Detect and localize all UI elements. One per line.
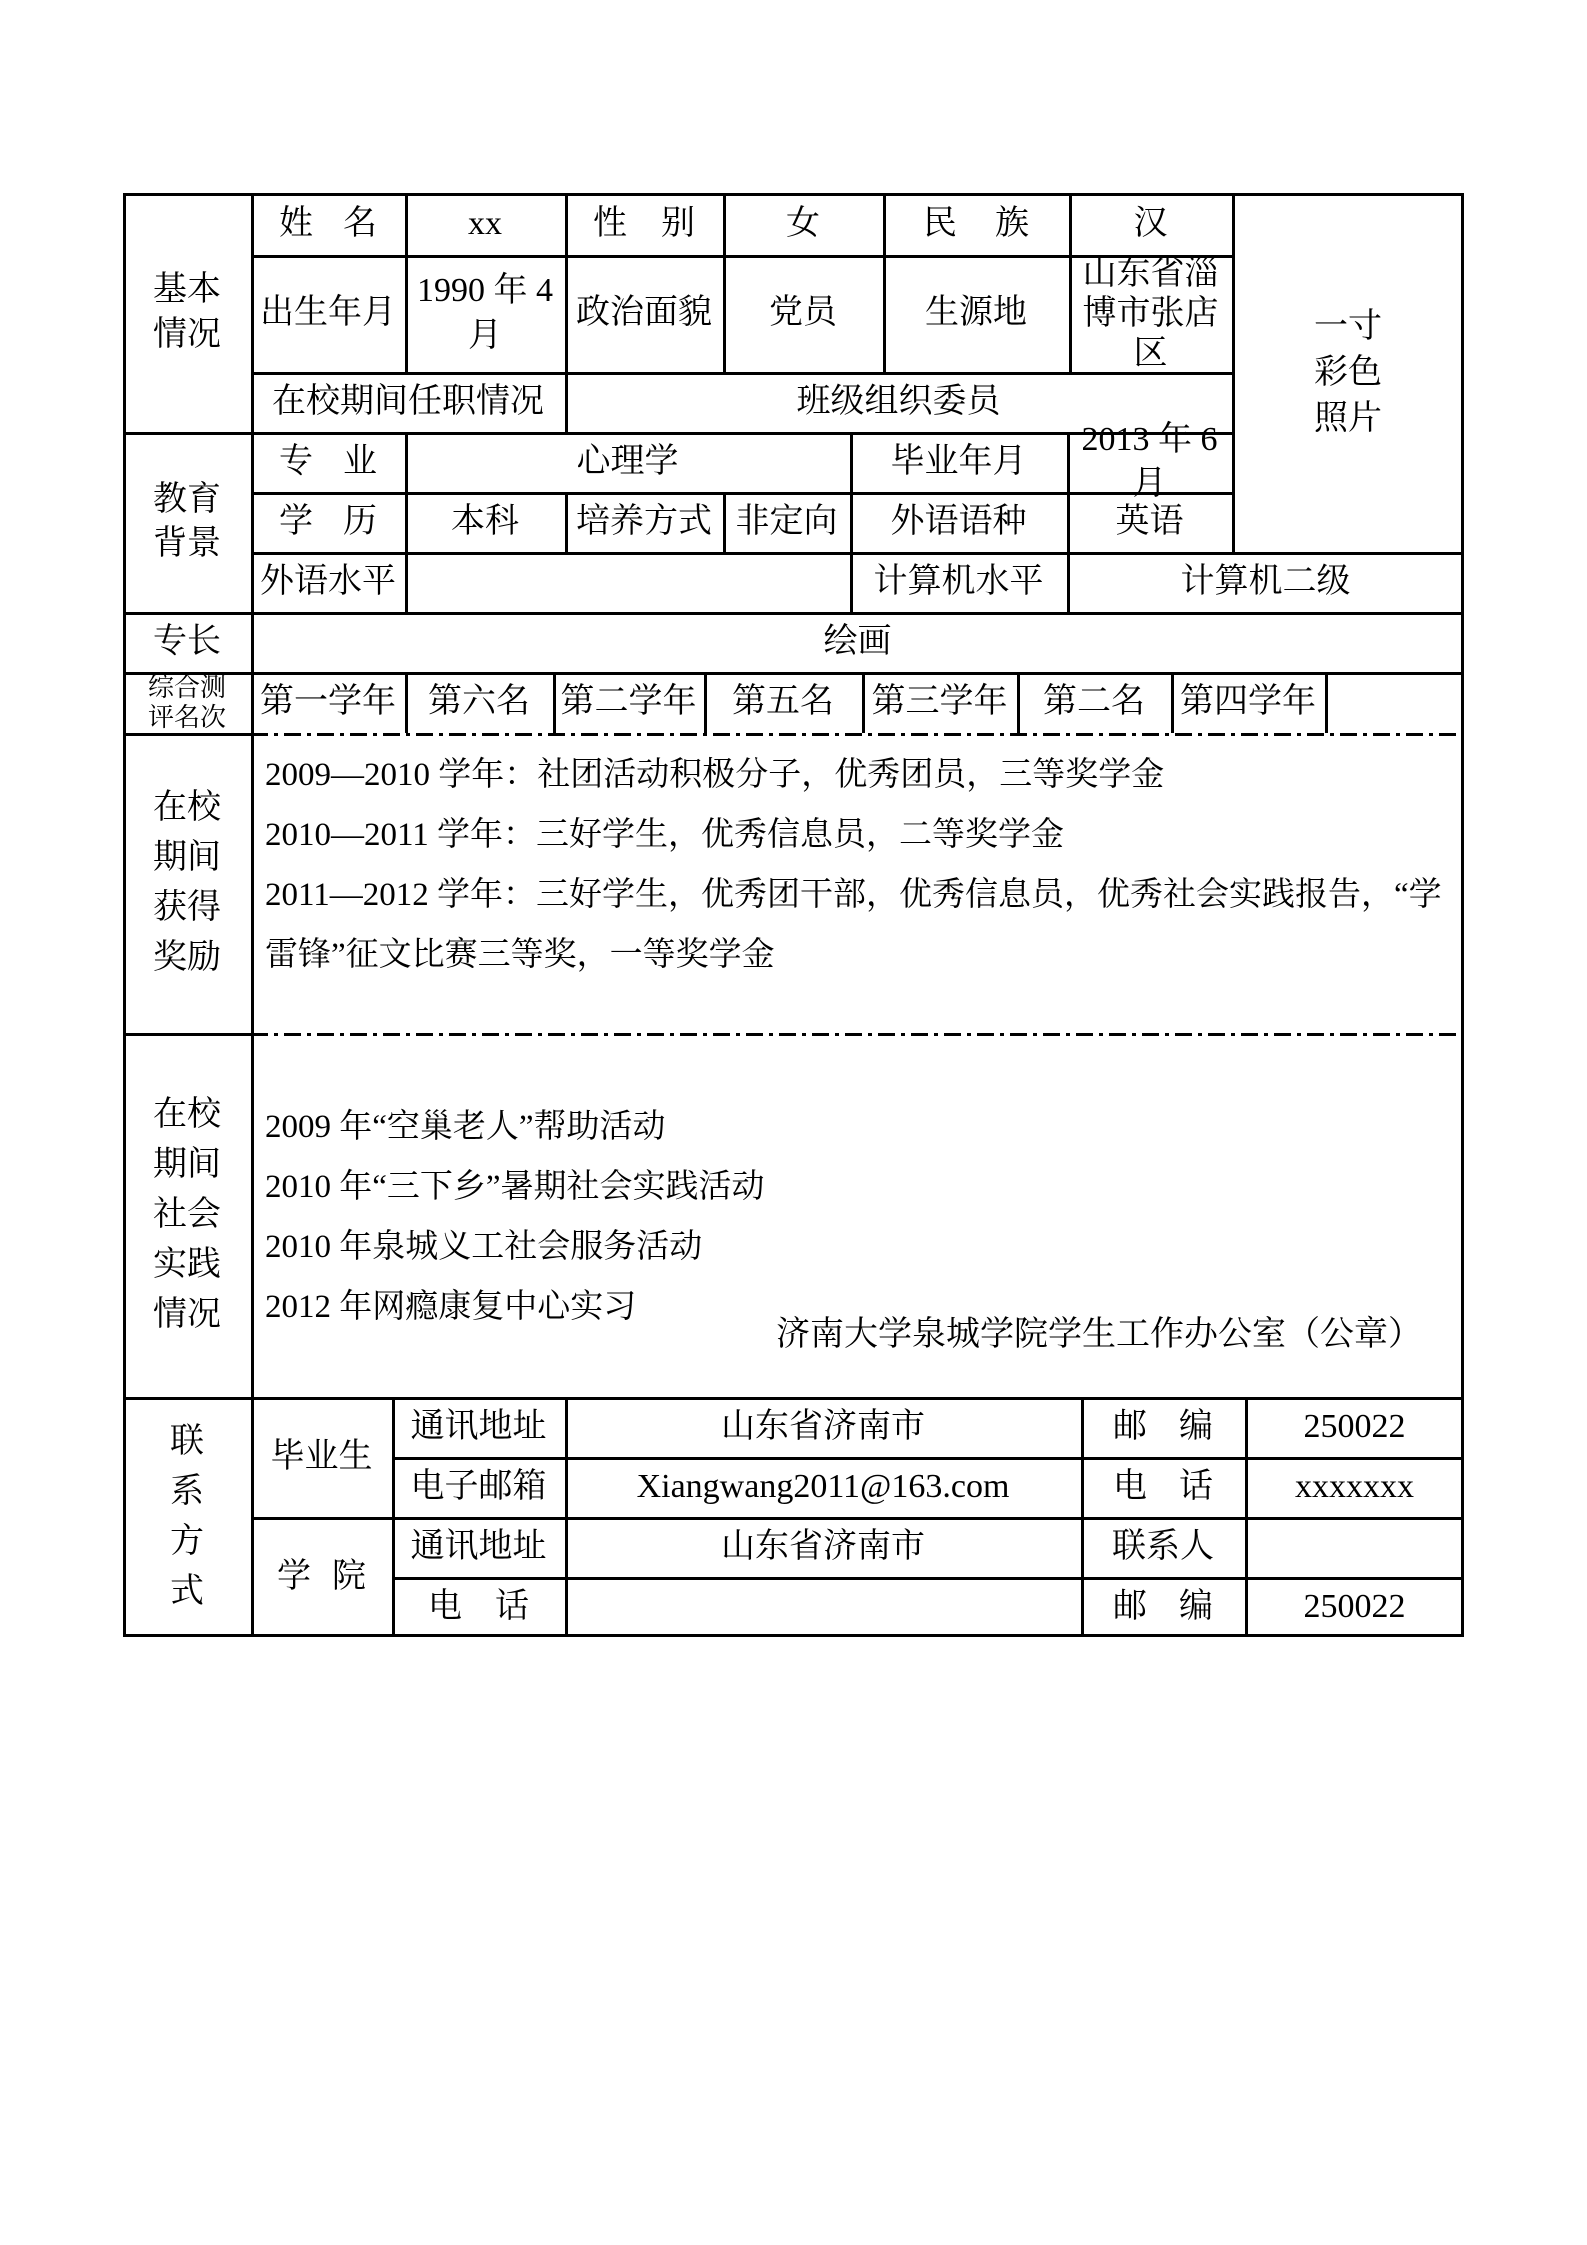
origin-label: 生源地 xyxy=(883,255,1069,372)
grid-line xyxy=(392,1457,1464,1460)
college-zip-value: 250022 xyxy=(1245,1577,1464,1637)
ranking-cell: 第二名 xyxy=(1017,672,1171,733)
origin-value: 山东省淄博市张店区 xyxy=(1069,255,1232,372)
duty-label: 在校期间任职情况 xyxy=(251,372,565,432)
ethnicity-value: 汉 xyxy=(1069,193,1232,255)
college-address-value: 山东省济南市 xyxy=(565,1517,1081,1577)
grid-line xyxy=(883,193,886,372)
grid-line xyxy=(123,612,1464,615)
grid-line xyxy=(123,733,251,736)
office-signature: 济南大学泉城学院学生工作办公室（公章） xyxy=(251,1305,1464,1365)
college-phone-label: 电话 xyxy=(392,1577,565,1637)
degree-label: 学历 xyxy=(251,492,405,552)
grid-line xyxy=(1461,193,1464,1637)
grid-line xyxy=(850,432,853,612)
photo-placeholder: 一寸彩色照片 xyxy=(1232,193,1464,552)
graduate-phone-value: xxxxxxx xyxy=(1245,1457,1464,1517)
award-line: 2010—2011 学年：三好学生，优秀信息员，二等奖学金 xyxy=(265,805,1452,865)
section-ranking-label: 综合测评名次 xyxy=(123,672,251,733)
grid-line xyxy=(123,1397,1464,1400)
grid-line xyxy=(392,1577,1464,1580)
training-mode-label: 培养方式 xyxy=(565,492,723,552)
specialty-value: 绘画 xyxy=(251,612,1464,672)
birth-label: 出生年月 xyxy=(251,255,405,372)
grid-line xyxy=(553,672,556,733)
grid-line xyxy=(723,492,726,552)
college-contact-person-value xyxy=(1245,1517,1464,1577)
section-contact-label: 联系方式 xyxy=(123,1397,251,1637)
section-awards-label: 在校期间获得奖励 xyxy=(123,733,251,1033)
college-group-label: 学院 xyxy=(251,1517,392,1637)
ranking-cell: 第六名 xyxy=(405,672,553,733)
graduation-value: 2013 年 6 月 xyxy=(1067,432,1232,492)
grid-line xyxy=(1017,672,1020,733)
grid-line xyxy=(123,432,1232,435)
college-contact-person-label: 联系人 xyxy=(1081,1517,1245,1577)
birth-value: 1990 年 4 月 xyxy=(405,255,565,372)
ranking-cell: 第三学年 xyxy=(862,672,1017,733)
grid-line xyxy=(251,372,1232,375)
awards-content: 2009—2010 学年：社团活动积极分子，优秀团员，三等奖学金 2010—20… xyxy=(251,733,1464,1033)
grid-line xyxy=(251,193,254,1637)
grid-line xyxy=(123,193,1464,196)
practice-line: 2010 年泉城义工社会服务活动 xyxy=(265,1217,1452,1277)
graduation-label: 毕业年月 xyxy=(850,432,1067,492)
ranking-cell: 第一学年 xyxy=(251,672,405,733)
grid-line xyxy=(123,193,126,1637)
graduate-group-label: 毕业生 xyxy=(251,1397,392,1517)
political-value: 党员 xyxy=(723,255,883,372)
major-label: 专业 xyxy=(251,432,405,492)
grid-line xyxy=(1067,432,1070,612)
computer-level-value: 计算机二级 xyxy=(1067,552,1464,612)
graduate-address-value: 山东省济南市 xyxy=(565,1397,1081,1457)
grid-line xyxy=(405,672,408,733)
section-basic-label: 基本情况 xyxy=(123,193,251,432)
grid-line xyxy=(565,492,568,552)
practice-line: 2009 年“空巢老人”帮助活动 xyxy=(265,1097,1452,1157)
grid-line xyxy=(251,552,1464,555)
section-education-label: 教育背景 xyxy=(123,432,251,612)
college-phone-value xyxy=(565,1577,1081,1637)
ranking-cell: 第四学年 xyxy=(1171,672,1325,733)
award-line: 2009—2010 学年：社团活动积极分子，优秀团员，三等奖学金 xyxy=(265,745,1452,805)
grid-line xyxy=(251,1517,1464,1520)
graduate-address-label: 通讯地址 xyxy=(392,1397,565,1457)
major-value: 心理学 xyxy=(405,432,850,492)
ranking-cell: 第二学年 xyxy=(553,672,704,733)
grid-line xyxy=(123,672,1464,675)
grid-line xyxy=(723,193,726,372)
training-mode-value: 非定向 xyxy=(723,492,850,552)
dashed-divider xyxy=(251,1033,1464,1036)
ranking-cell xyxy=(1325,672,1464,733)
grid-line xyxy=(1171,672,1174,733)
grid-line xyxy=(251,255,1232,258)
document-page: 基本情况 教育背景 专长 综合测评名次 在校期间获得奖励 在校期间社会实践情况 … xyxy=(0,0,1587,2245)
graduate-zip-label: 邮编 xyxy=(1081,1397,1245,1457)
graduate-email-label: 电子邮箱 xyxy=(392,1457,565,1517)
college-zip-label: 邮编 xyxy=(1081,1577,1245,1637)
ranking-cell: 第五名 xyxy=(704,672,862,733)
grid-line xyxy=(862,672,865,733)
political-label: 政治面貌 xyxy=(565,255,723,372)
section-specialty-label: 专长 xyxy=(123,612,251,672)
name-label: 姓名 xyxy=(251,193,405,255)
grid-line xyxy=(1325,672,1328,733)
grid-line xyxy=(565,193,568,432)
dashed-divider xyxy=(251,733,1464,736)
grid-line xyxy=(405,193,408,372)
grid-line xyxy=(1069,193,1072,372)
graduate-phone-label: 电话 xyxy=(1081,1457,1245,1517)
graduate-email-value: Xiangwang2011@163.com xyxy=(565,1457,1081,1517)
grid-line xyxy=(1232,193,1235,552)
foreign-level-label: 外语水平 xyxy=(251,552,405,612)
practice-line: 2010 年“三下乡”暑期社会实践活动 xyxy=(265,1157,1452,1217)
section-practice-label: 在校期间社会实践情况 xyxy=(123,1033,251,1397)
foreign-language-value: 英语 xyxy=(1067,492,1232,552)
gender-value: 女 xyxy=(723,193,883,255)
award-line: 2011—2012 学年：三好学生，优秀团干部，优秀信息员，优秀社会实践报告，“… xyxy=(265,865,1452,985)
grid-line xyxy=(123,1634,1464,1637)
ethnicity-label: 民族 xyxy=(883,193,1069,255)
foreign-level-value xyxy=(405,552,850,612)
grid-line xyxy=(405,432,408,612)
graduate-zip-value: 250022 xyxy=(1245,1397,1464,1457)
grid-line xyxy=(123,1033,251,1036)
computer-level-label: 计算机水平 xyxy=(850,552,1067,612)
grid-line xyxy=(704,672,707,733)
foreign-language-label: 外语语种 xyxy=(850,492,1067,552)
degree-value: 本科 xyxy=(405,492,565,552)
gender-label: 性别 xyxy=(565,193,723,255)
college-address-label: 通讯地址 xyxy=(392,1517,565,1577)
grid-line xyxy=(251,492,1232,495)
name-value: xx xyxy=(405,193,565,255)
